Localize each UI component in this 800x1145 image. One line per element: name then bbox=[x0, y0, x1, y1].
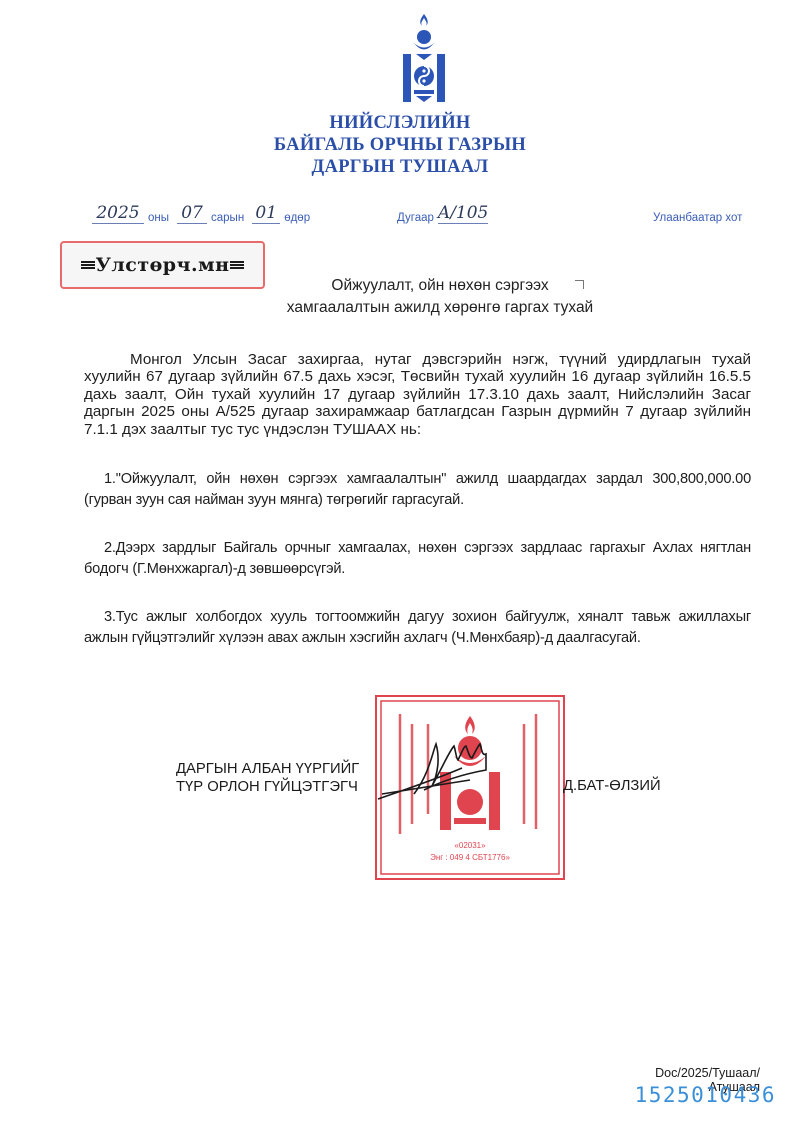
document-number: 1525010436 bbox=[616, 1083, 776, 1107]
year-label: оны bbox=[148, 212, 169, 224]
stamp-code-1: «02031» bbox=[454, 841, 486, 850]
date-year: 2025 bbox=[92, 203, 144, 224]
header-line-3: ДАРГЫН ТУШААЛ bbox=[0, 157, 800, 178]
wing-right-icon bbox=[230, 261, 244, 269]
wing-left-icon bbox=[81, 261, 95, 269]
preamble: Монгол Улсын Засаг захиргаа, нутаг дэвсг… bbox=[84, 351, 751, 438]
month-label: сарын bbox=[211, 212, 244, 224]
number-label: Дугаар bbox=[397, 212, 434, 224]
order-item-3: 3.Тус ажлыг холбогдох хууль тогтоомжийн … bbox=[84, 607, 751, 649]
official-seal-stamp-icon: «02031» Энг : 049 4 СБТ1776» bbox=[374, 694, 566, 881]
city: Улаанбаатар хот bbox=[653, 212, 742, 224]
order-number: Дугаар A/105 bbox=[397, 203, 488, 224]
watermark-badge: Улстөрч.мн bbox=[60, 241, 265, 289]
date-day: 01 bbox=[252, 203, 280, 224]
signer-title-line-1: ДАРГЫН АЛБАН ҮҮРГИЙГ bbox=[176, 760, 359, 778]
subject-line-1: Ойжуулалт, ойн нөхөн сэргээх bbox=[260, 275, 620, 297]
order-item-1: 1."Ойжуулалт, ойн нөхөн сэргээх хамгаала… bbox=[84, 469, 751, 511]
corner-mark-icon bbox=[575, 280, 584, 289]
header-line-2: БАЙГАЛЬ ОРЧНЫ ГАЗРЫН bbox=[0, 135, 800, 156]
order-item-2: 2.Дээрх зардлыг Байгаль орчныг хамгаалах… bbox=[84, 538, 751, 580]
date-row: 2025 оны 07 сарын 01 өдөр bbox=[92, 203, 310, 224]
day-label: өдөр bbox=[284, 212, 310, 224]
number-value: A/105 bbox=[438, 203, 488, 224]
stamp-code-2: Энг : 049 4 СБТ1776» bbox=[430, 853, 510, 862]
header-line-1: НИЙСЛЭЛИЙН bbox=[0, 113, 800, 134]
subject-line-2: хамгаалалтын ажилд хөрөнгө гаргах тухай bbox=[260, 297, 620, 319]
soyombo-emblem-icon bbox=[400, 10, 448, 106]
date-month: 07 bbox=[177, 203, 207, 224]
signer-name: Д.БАТ-ӨЛЗИЙ bbox=[563, 778, 661, 794]
signer-title: ДАРГЫН АЛБАН ҮҮРГИЙГ ТҮР ОРЛОН ГҮЙЦЭТГЭГ… bbox=[176, 760, 359, 796]
watermark-text: Улстөрч.мн bbox=[95, 254, 229, 276]
signer-title-line-2: ТҮР ОРЛОН ГҮЙЦЭТГЭГЧ bbox=[176, 778, 359, 796]
